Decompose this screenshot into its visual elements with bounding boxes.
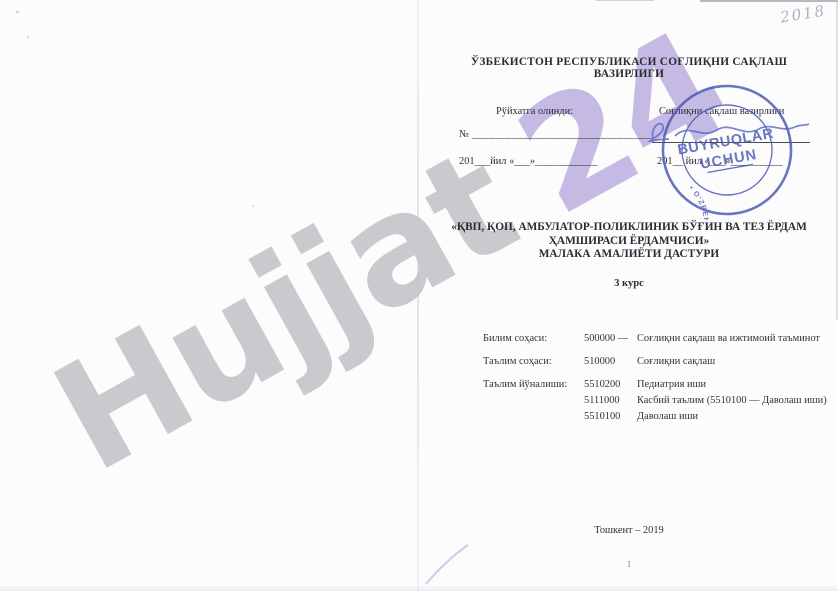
ministry-title: ЎЗБЕКИСТОН РЕСПУБЛИКАСИ СОҒЛИҚНИ САҚЛАШ …	[440, 56, 818, 80]
stamp-ring-text: • O‘ZBEKISTON RESPUBLIKASI SOG‘LIQNI SAQ…	[657, 167, 711, 220]
row-items: 5510200 Педиатрия иши 5111000 Касбий таъ…	[584, 378, 827, 426]
course-label: 3 курс	[440, 278, 818, 289]
row-label: Таълим соҳаси:	[483, 355, 584, 368]
ministry-stamp: • O‘ZBEKISTON RESPUBLIKASI SOG‘LIQNI SAQ…	[657, 80, 797, 220]
row-item: 5510200 Педиатрия иши	[584, 378, 827, 391]
handwritten-signature	[645, 114, 817, 148]
document-content: ЎЗБЕКИСТОН РЕСПУБЛИКАСИ СОҒЛИҚНИ САҚЛАШ …	[0, 0, 838, 591]
row-code: 500000 —	[584, 332, 637, 345]
registration-number-line: № ________________________________	[459, 129, 651, 140]
svg-text:• O‘ZBEKISTON RESPUBLIKASI SOG: • O‘ZBEKISTON RESPUBLIKASI SOG‘LIQNI SAQ…	[657, 167, 711, 220]
row-item: 5111000 Касбий таълим (5510100 — Даволаш…	[584, 394, 827, 407]
registration-date-line-left: 201___йил «___»____________	[459, 156, 597, 167]
document-title-line2: ҲАМШИРАСИ ЁРДАМЧИСИ»	[440, 235, 818, 249]
table-row: Билим соҳаси: 500000 — Соғлиқни сақлаш в…	[483, 332, 820, 345]
row-label: Таълим йўналиши:	[483, 378, 584, 426]
row-code: 5510100	[584, 410, 637, 423]
row-code: 510000	[584, 355, 637, 368]
row-text: Даволаш иши	[637, 410, 698, 423]
row-text: Соғлиқни сақлаш	[637, 355, 715, 368]
row-label: Билим соҳаси:	[483, 332, 584, 345]
row-item: 5510100 Даволаш иши	[584, 410, 827, 423]
table-row: Таълим йўналиши: 5510200 Педиатрия иши 5…	[483, 378, 827, 426]
row-code: 5510200	[584, 378, 637, 391]
row-text: Педиатрия иши	[637, 378, 706, 391]
scanned-page: Hujjat24 2018 ЎЗБЕКИСТОН РЕСПУБЛИКАСИ СО…	[0, 0, 838, 591]
row-text: Соғлиқни сақлаш ва ижтимоий таъминот	[637, 332, 820, 345]
document-title-line3: МАЛАКА АМАЛИЁТИ ДАСТУРИ	[440, 248, 818, 262]
row-text: Касбий таълим (5510100 — Даволаш иши)	[637, 394, 827, 407]
table-row: Таълим соҳаси: 510000 Соғлиқни сақлаш	[483, 355, 715, 368]
registration-label: Рўйхатга олинди:	[496, 106, 573, 117]
document-title: «ҚВП, ҚОП, АМБУЛАТОР-ПОЛИКЛИНИК БЎҒИН ВА…	[440, 221, 818, 262]
page-number: 1	[440, 559, 818, 569]
city-year: Тошкент – 2019	[440, 525, 818, 536]
row-code: 5111000	[584, 394, 637, 407]
document-title-line1: «ҚВП, ҚОП, АМБУЛАТОР-ПОЛИКЛИНИК БЎҒИН ВА…	[440, 221, 818, 235]
